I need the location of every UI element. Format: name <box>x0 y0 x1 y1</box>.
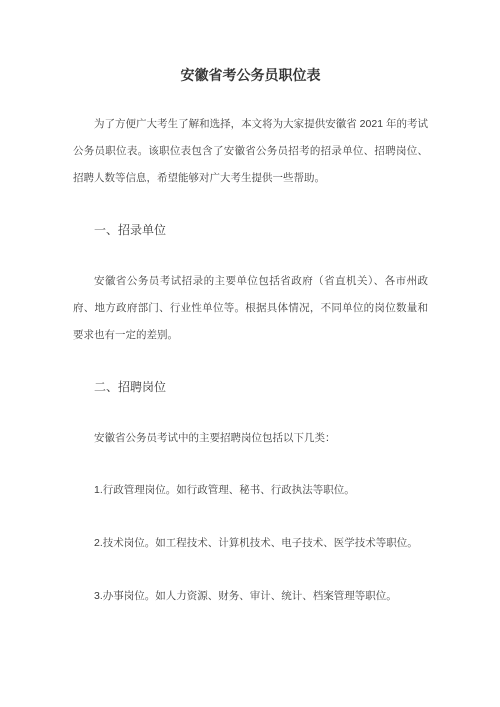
document-title: 安徽省考公务员职位表 <box>73 62 428 89</box>
section-2-intro-paragraph: 安徽省公务员考试中的主要招聘岗位包括以下几类： <box>73 425 428 452</box>
list-item-administrative-posts: 1.行政管理岗位。如行政管理、秘书、行政执法等职位。 <box>73 477 428 504</box>
section-1-heading: 一、招录单位 <box>73 217 428 244</box>
intro-paragraph: 为了方便广大考生了解和选择，本文将为大家提供安徽省 2021 年的考试公务员职位… <box>73 111 428 192</box>
list-item-clerical-posts: 3.办事岗位。如人力资源、财务、审计、统计、档案管理等职位。 <box>73 583 428 610</box>
section-1-paragraph: 安徽省公务员考试招录的主要单位包括省政府（省直机关）、各市州政府、地方政府部门、… <box>73 268 428 349</box>
document-page: 安徽省考公务员职位表 为了方便广大考生了解和选择，本文将为大家提供安徽省 202… <box>0 0 500 707</box>
section-2-heading: 二、招聘岗位 <box>73 374 428 401</box>
list-item-technical-posts: 2.技术岗位。如工程技术、计算机技术、电子技术、医学技术等职位。 <box>73 530 428 557</box>
